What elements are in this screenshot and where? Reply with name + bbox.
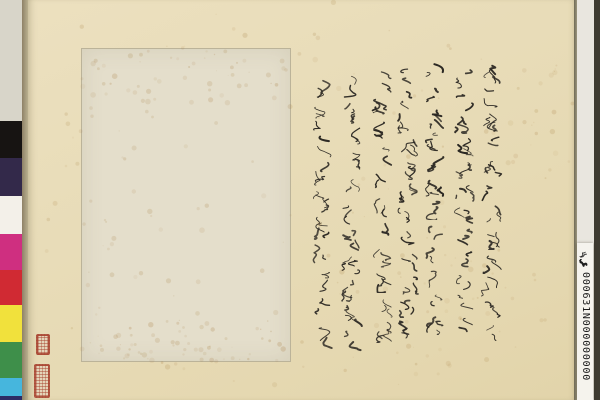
calligraphy-character <box>453 203 475 226</box>
calligraphy-character <box>312 323 334 350</box>
calligraphy-character <box>453 226 475 249</box>
calligraphy-column-7 <box>311 78 333 350</box>
calligraphy-character <box>453 316 475 339</box>
calligraphy-character <box>482 299 504 323</box>
color-patch-yellow <box>0 305 22 342</box>
calligraphy-character <box>455 271 477 294</box>
color-bar-shadow-edge <box>22 0 28 400</box>
calligraphy-character <box>453 293 475 316</box>
calligraphy-character <box>397 181 419 204</box>
color-patch-light-gray <box>0 0 22 121</box>
calligraphy-character <box>397 250 419 273</box>
color-patch-white <box>0 196 22 234</box>
calligraphy-character <box>452 158 474 181</box>
color-patch-cyan <box>0 378 22 396</box>
calligraphy-poem <box>28 0 574 400</box>
calligraphy-column-4 <box>397 66 419 342</box>
calligraphy-column-3 <box>425 62 447 336</box>
calligraphy-character <box>424 245 446 268</box>
calligraphy-character <box>424 290 446 313</box>
calligraphy-character <box>396 296 418 319</box>
calligraphy-character <box>311 78 333 105</box>
calligraphy-character <box>454 91 476 114</box>
calligraphy-character <box>371 244 393 269</box>
calligraphy-character <box>425 199 447 222</box>
calligraphy-character <box>426 153 448 176</box>
calligraphy-character <box>340 278 362 303</box>
calligraphy-character <box>481 109 503 133</box>
calligraphy-character <box>311 268 333 295</box>
calligraphy-character <box>482 251 504 275</box>
calligraphy-character <box>455 248 477 271</box>
calligraphy-character <box>372 195 394 220</box>
calligraphy-character <box>395 158 417 181</box>
calligraphy-character <box>480 228 502 252</box>
collector-seal-lower <box>34 364 50 398</box>
catalog-label-cjk-glyphs <box>580 248 591 269</box>
calligraphy-character <box>479 275 501 299</box>
color-patch-red <box>0 270 22 305</box>
calligraphy-character <box>480 86 502 110</box>
calligraphy-character <box>424 85 446 108</box>
calligraphy-character <box>340 150 362 175</box>
album-mount-paper <box>28 0 574 400</box>
calligraphy-character <box>339 176 361 201</box>
color-calibration-bar <box>0 0 22 400</box>
calligraphy-character <box>455 136 477 159</box>
calligraphy-character <box>399 273 421 296</box>
calligraphy-character <box>311 296 333 323</box>
calligraphy-character <box>397 319 419 342</box>
calligraphy-character <box>340 252 362 277</box>
color-patch-dark-violet <box>0 158 22 196</box>
color-patch-black <box>0 121 22 158</box>
calligraphy-character <box>424 130 446 153</box>
calligraphy-character <box>312 214 334 241</box>
calligraphy-character <box>396 204 418 227</box>
calligraphy-character <box>311 105 333 132</box>
calligraphy-character <box>371 269 393 294</box>
calligraphy-character <box>427 222 449 245</box>
calligraphy-character <box>481 204 503 228</box>
calligraphy-column-6 <box>341 74 363 354</box>
calligraphy-character <box>396 112 418 135</box>
calligraphy-character <box>372 145 394 170</box>
calligraphy-character <box>397 227 419 250</box>
calligraphy-character <box>369 95 391 120</box>
calligraphy-character <box>425 313 447 336</box>
calligraphy-character <box>371 70 393 95</box>
calligraphy-character <box>372 294 394 319</box>
collector-seal-upper <box>36 334 50 355</box>
calligraphy-character <box>342 328 364 353</box>
calligraphy-character <box>454 181 476 204</box>
calligraphy-character <box>481 322 503 346</box>
catalog-number-label: 000631N000000000 <box>577 243 593 400</box>
calligraphy-character <box>340 74 362 99</box>
calligraphy-character <box>312 160 334 187</box>
calligraphy-character <box>312 132 334 159</box>
calligraphy-character <box>427 267 449 290</box>
calligraphy-character <box>453 113 475 136</box>
calligraphy-column-5 <box>370 70 392 344</box>
calligraphy-character <box>343 125 365 150</box>
calligraphy-character <box>341 201 363 226</box>
calligraphy-character <box>397 66 419 89</box>
calligraphy-character <box>372 319 394 344</box>
calligraphy-character <box>311 187 333 214</box>
calligraphy-character <box>340 227 362 252</box>
calligraphy-character <box>370 170 392 195</box>
calligraphy-character <box>369 219 391 244</box>
calligraphy-character <box>423 176 445 199</box>
color-patch-navy <box>0 396 22 400</box>
calligraphy-character <box>397 135 419 158</box>
calligraphy-character <box>398 89 420 112</box>
calligraphy-column-2 <box>453 68 475 338</box>
calligraphy-character <box>368 120 390 145</box>
calligraphy-character <box>343 99 365 124</box>
calligraphy-character <box>481 133 503 157</box>
calligraphy-character <box>423 62 445 85</box>
calligraphy-character <box>480 180 502 204</box>
color-patch-green <box>0 342 22 378</box>
calligraphy-column-1 <box>481 62 503 346</box>
calligraphy-character <box>482 157 504 181</box>
color-patch-magenta <box>0 234 22 270</box>
calligraphy-character <box>342 303 364 328</box>
calligraphy-character <box>309 241 331 268</box>
calligraphy-character <box>480 62 502 86</box>
catalog-number: 000631N000000000 <box>580 272 590 381</box>
museum-scan: 000631N000000000 <box>0 0 600 400</box>
catalog-number-text: 000631N000000000 <box>577 245 593 398</box>
calligraphy-character <box>454 68 476 91</box>
calligraphy-character <box>424 108 446 131</box>
scan-right-edge <box>594 0 600 400</box>
